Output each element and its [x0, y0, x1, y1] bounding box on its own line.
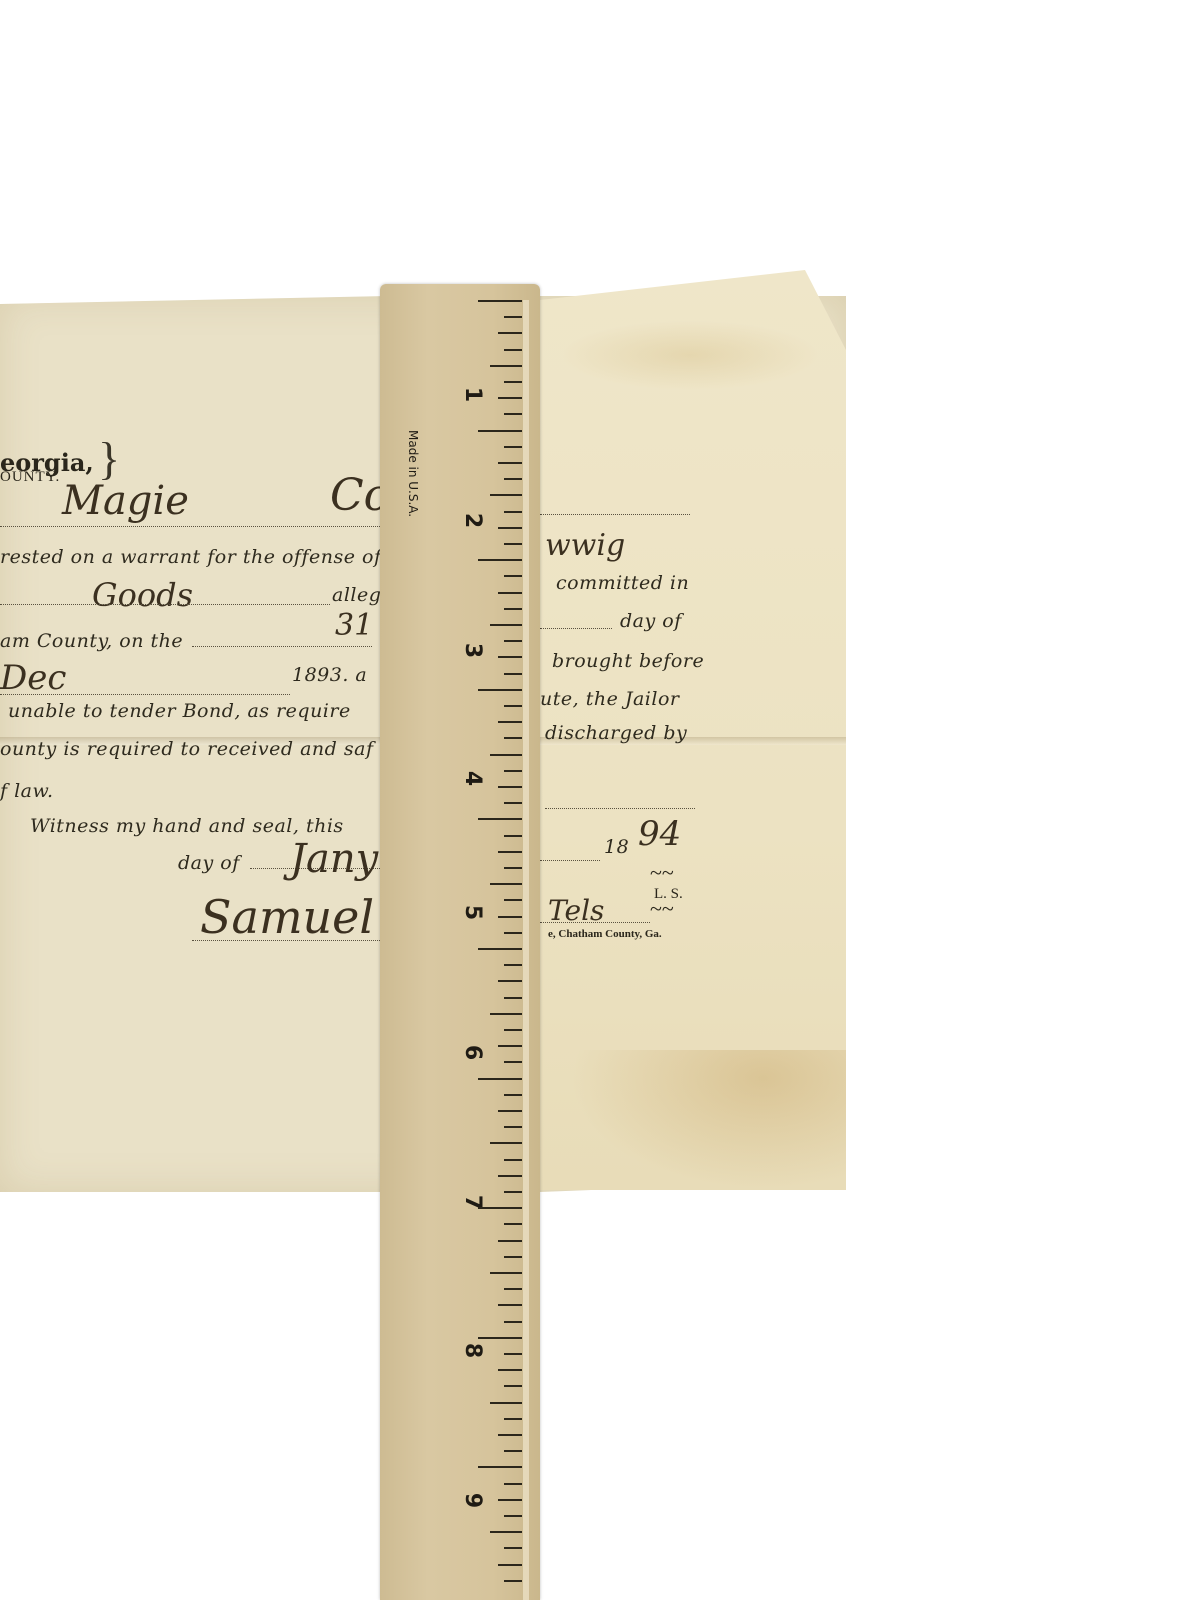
handwritten-year: 94 [638, 814, 681, 854]
ruler-inch-1: 1 [460, 387, 485, 402]
bond-text: unable to tender Bond, as require [8, 700, 351, 722]
ruler-tick [498, 980, 522, 982]
day-of-text: day of [620, 610, 682, 632]
ruler-tick [478, 689, 522, 691]
ruler-tick [504, 1515, 522, 1517]
ruler-tick [490, 1272, 522, 1274]
ruler-tick [504, 673, 522, 675]
signature-line [192, 940, 380, 941]
ruler-brand-text: Made in U.S.A. [406, 430, 420, 517]
date-line-right [540, 628, 612, 629]
ruler-tick [490, 883, 522, 885]
signed-date-line-right [540, 860, 600, 861]
required-text: ounty is required to received and saf [0, 738, 373, 760]
ruler-tick [490, 494, 522, 496]
water-stain-top [560, 320, 820, 390]
committed-text: committed in [556, 572, 689, 594]
handwritten-signed-month: Jany [290, 836, 378, 882]
ruler-inch-4: 4 [460, 771, 485, 786]
ruler-inch-3: 3 [460, 643, 485, 658]
ruler-tick [504, 964, 522, 966]
ruler-tick [504, 1061, 522, 1063]
handwritten-month: Dec [0, 658, 66, 698]
ruler-inch-6: 6 [460, 1045, 485, 1060]
ruler-tick [498, 1499, 522, 1501]
ruler-tick [504, 1483, 522, 1485]
ruler-tick [498, 916, 522, 918]
ruler-tick [504, 575, 522, 577]
ruler-tick [504, 1191, 522, 1193]
ruler-tick [490, 754, 522, 756]
ruler-tick [504, 1353, 522, 1355]
signature: Samuel [200, 890, 374, 944]
ruler-tick [504, 381, 522, 383]
ruler-tick [498, 1175, 522, 1177]
ruler-metal-edge [523, 300, 529, 1600]
ruler-tick [504, 446, 522, 448]
ruler-tick [504, 640, 522, 642]
ruler-tick [504, 1256, 522, 1258]
discharged-text: discharged by [545, 722, 687, 744]
ruler-tick [478, 430, 522, 432]
ruler-tick [498, 1369, 522, 1371]
witness-text: Witness my hand and seal, this [30, 815, 344, 837]
ruler-tick [504, 1418, 522, 1420]
year-1893-text: 1893. a [292, 664, 367, 686]
ruler-tick [498, 1110, 522, 1112]
ruler-tick [504, 1094, 522, 1096]
county-on-the-text: am County, on the [0, 630, 183, 652]
ruler-tick [504, 1580, 522, 1582]
ruler-tick [498, 851, 522, 853]
blank-line [545, 808, 695, 809]
ruler-tick [504, 770, 522, 772]
ruler-tick [498, 592, 522, 594]
ruler-tick [504, 1321, 522, 1323]
ruler-tick [504, 737, 522, 739]
ruler-tick [490, 1013, 522, 1015]
ruler-inch-5: 5 [460, 905, 485, 920]
law-text: f law. [0, 780, 54, 802]
ruler-tick [504, 1126, 522, 1128]
ruler-tick [478, 1207, 522, 1209]
name-line-right [540, 514, 690, 515]
year-prefix-text: 18 [604, 836, 629, 858]
handwritten-offense: wwig [545, 528, 625, 563]
ruler-inch-9: 9 [460, 1493, 485, 1508]
ruler-tick [498, 332, 522, 334]
ruler-tick [498, 1564, 522, 1566]
ruler-tick [498, 1045, 522, 1047]
ruler-tick [504, 608, 522, 610]
ruler-tick [504, 316, 522, 318]
ruler-tick [498, 786, 522, 788]
county-label: OUNTY. [0, 469, 60, 486]
goods-line [0, 604, 330, 605]
ruler-tick [498, 462, 522, 464]
ruler-tick [504, 899, 522, 901]
ruler-inch-8: 8 [460, 1343, 485, 1358]
ruler-tick [504, 1385, 522, 1387]
handwritten-goods: Goods [92, 576, 193, 614]
handwritten-first-name: Magie [62, 478, 189, 524]
ruler-tick [498, 1240, 522, 1242]
month-line [0, 694, 290, 695]
ruler-tick [504, 413, 522, 415]
ruler-inch-2: 2 [460, 513, 485, 528]
ruler-tick [498, 721, 522, 723]
ruler-tick [504, 478, 522, 480]
ruler-tick [478, 1466, 522, 1468]
ruler-tick [504, 705, 522, 707]
ruler-tick [504, 802, 522, 804]
ruler-tick [478, 1078, 522, 1080]
ruler-tick [504, 1547, 522, 1549]
date-line [192, 646, 372, 647]
alleged-text: alleg [332, 584, 381, 606]
ruler-tick [504, 511, 522, 513]
name-line [0, 526, 380, 527]
jailor-text: ute, the Jailor [540, 688, 679, 710]
ruler-tick [504, 1223, 522, 1225]
ruler-tick [490, 624, 522, 626]
ruler-tick [498, 527, 522, 529]
ruler-tick [504, 932, 522, 934]
offense-text: rested on a warrant for the offense of [0, 546, 381, 568]
ruler-tick [498, 1304, 522, 1306]
ruler-tick [490, 1142, 522, 1144]
ruler-tick [478, 818, 522, 820]
ruler-tick [504, 997, 522, 999]
ruler-tick [490, 365, 522, 367]
ruler-tick [504, 543, 522, 545]
ruler-tick [498, 1434, 522, 1436]
ruler-tick [498, 397, 522, 399]
ruler-tick [498, 656, 522, 658]
seal-flourish-top-icon: ~~ [650, 860, 674, 886]
ruler-tick [504, 1450, 522, 1452]
ruler-tick [490, 1531, 522, 1533]
handwritten-day: 31 [335, 608, 373, 643]
brought-before-text: brought before [552, 650, 704, 672]
ruler-tick [504, 1159, 522, 1161]
ruler-tick [478, 1337, 522, 1339]
ruler-tick [478, 948, 522, 950]
ruler-tick [504, 1029, 522, 1031]
ruler-tick [504, 1288, 522, 1290]
day-of-signed-text: day of [178, 852, 240, 874]
ruler-tick [490, 1402, 522, 1404]
ruler-tick [478, 559, 522, 561]
ruler-tick [504, 835, 522, 837]
signature-line-right [540, 922, 650, 923]
signature-caption: e, Chatham County, Ga. [548, 928, 662, 940]
ruler-tick [504, 349, 522, 351]
water-stain-bottom [570, 1050, 846, 1190]
seal-flourish-bottom-icon: ~~ [650, 896, 674, 922]
ruler-tick [504, 867, 522, 869]
ruler-tick [478, 300, 522, 302]
